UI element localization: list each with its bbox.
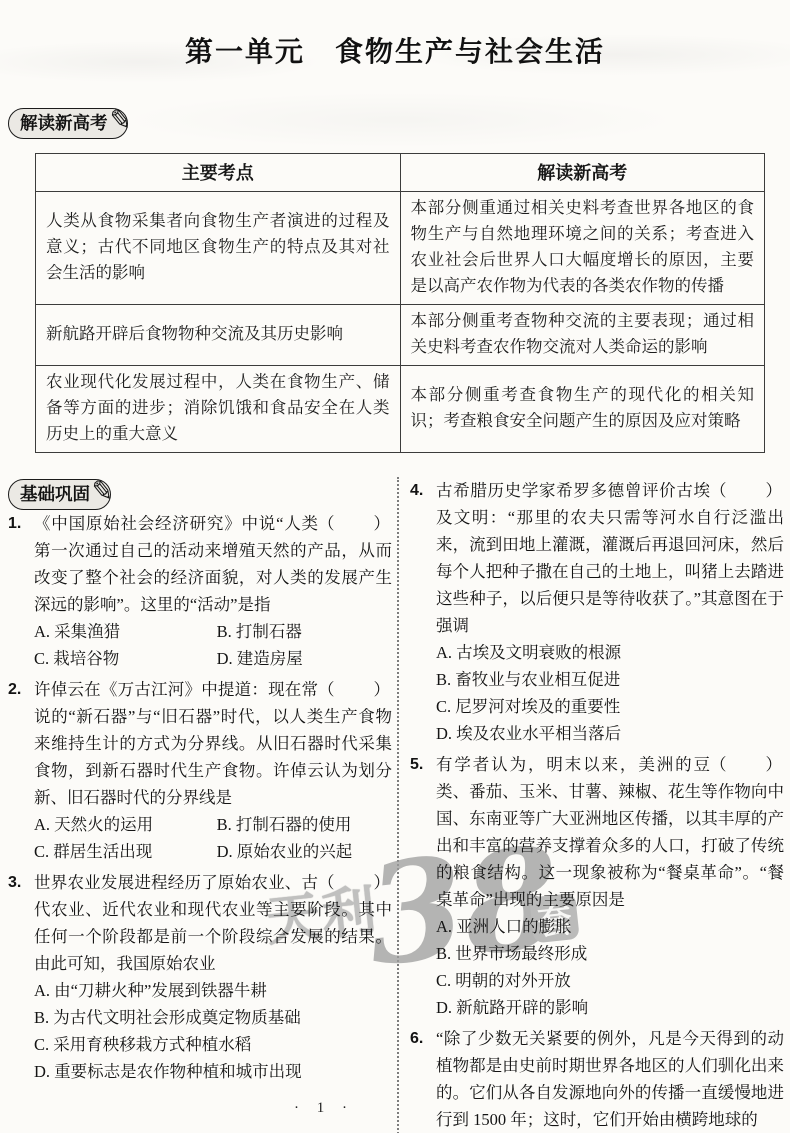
question-5-options: A. 亚洲人口的膨胀 B. 世界市场最终形成 C. 明朝的对外开放 D. 新航路… xyxy=(410,913,784,1021)
question-5-option-c: C. 明朝的对外开放 xyxy=(436,967,784,994)
questions-area: 天利 38 套 基础巩固 ✎ 1. （ ） 《中国原始社会经济研究》中说“人类第… xyxy=(8,477,784,1133)
table-cell-points-3: 农业现代化发展过程中，人类在食物生产、储备等方面的进步；消除饥饿和食品安全在人类… xyxy=(36,366,401,453)
review-section-badge: 解读新高考 ✎ xyxy=(8,108,128,139)
question-1-option-a: A. 采集渔猎 xyxy=(34,618,217,645)
question-2: 2. （ ） 许倬云在《万古江河》中提道：现在常说的“新石器”与“旧石器”时代，… xyxy=(8,676,392,865)
exam-points-table: 主要考点 解读新高考 人类从食物采集者向食物生产者演进的过程及意义；古代不同地区… xyxy=(35,153,765,453)
table-row: 新航路开辟后食物物种交流及其历史影响 本部分侧重考查物种交流的主要表现；通过相关… xyxy=(36,305,765,366)
question-6: 6. “除了少数无关紧要的例外，凡是今天得到的动植物都是由史前时期世界各地区的人… xyxy=(410,1025,784,1133)
options-row: A. 天然火的运用 B. 打制石器的使用 xyxy=(34,811,392,838)
question-4-option-b: B. 畜牧业与农业相互促进 xyxy=(436,666,784,693)
question-6-number: 6. xyxy=(410,1025,423,1052)
question-4-stem: 古希腊历史学家希罗多德曾评价古埃及文明：“那里的农夫只需等河水自行泛滥出来，流到… xyxy=(436,481,784,635)
table-row: 农业现代化发展过程中，人类在食物生产、储备等方面的进步；消除饥饿和食品安全在人类… xyxy=(36,366,765,453)
left-column: 基础巩固 ✎ 1. （ ） 《中国原始社会经济研究》中说“人类第一次通过自己的活… xyxy=(8,477,392,1133)
question-1-stem-block: 1. （ ） 《中国原始社会经济研究》中说“人类第一次通过自己的活动来增殖天然的… xyxy=(8,510,392,618)
question-5-answer-bracket: （ ） xyxy=(710,751,784,778)
question-2-option-a: A. 天然火的运用 xyxy=(34,811,217,838)
table-row: 人类从食物采集者向食物生产者演进的过程及意义；古代不同地区食物生产的特点及其对社… xyxy=(36,192,765,305)
question-5-option-a: A. 亚洲人口的膨胀 xyxy=(436,913,784,940)
question-4-stem-block: 4. （ ） 古希腊历史学家希罗多德曾评价古埃及文明：“那里的农夫只需等河水自行… xyxy=(410,477,784,639)
question-1-answer-bracket: （ ） xyxy=(318,510,392,537)
options-row: C. 栽培谷物 D. 建造房屋 xyxy=(34,645,392,672)
question-2-stem-block: 2. （ ） 许倬云在《万古江河》中提道：现在常说的“新石器”与“旧石器”时代，… xyxy=(8,676,392,811)
question-1-option-c: C. 栽培谷物 xyxy=(34,645,217,672)
options-row: A. 采集渔猎 B. 打制石器 xyxy=(34,618,392,645)
question-3-options: A. 由“刀耕火种”发展到铁器牛耕 B. 为古代文明社会形成奠定物质基础 C. … xyxy=(8,977,392,1085)
question-5-option-d: D. 新航路开辟的影响 xyxy=(436,994,784,1021)
table-header-row: 主要考点 解读新高考 xyxy=(36,154,765,192)
question-6-stem: “除了少数无关紧要的例外，凡是今天得到的动植物都是由史前时期世界各地区的人们驯化… xyxy=(436,1029,784,1129)
question-2-option-d: D. 原始农业的兴起 xyxy=(217,838,353,865)
question-5-option-b: B. 世界市场最终形成 xyxy=(436,940,784,967)
question-4-answer-bracket: （ ） xyxy=(710,477,784,504)
practice-section-badge: 基础巩固 ✎ xyxy=(8,479,111,510)
question-1-number: 1. xyxy=(8,510,21,537)
question-3: 3. （ ） 世界农业发展进程经历了原始农业、古代农业、近代农业和现代农业等主要… xyxy=(8,869,392,1085)
question-3-option-d: D. 重要标志是农作物种植和城市出现 xyxy=(34,1058,392,1085)
table-header-interpretation: 解读新高考 xyxy=(400,154,765,192)
question-5-number: 5. xyxy=(410,751,423,778)
question-1-option-d: D. 建造房屋 xyxy=(217,645,303,672)
question-3-answer-bracket: （ ） xyxy=(318,869,392,896)
table-cell-interpretation-3: 本部分侧重考查食物生产的现代化的相关知识；考查粮食安全问题产生的原因及应对策略 xyxy=(400,366,765,453)
question-3-stem-block: 3. （ ） 世界农业发展进程经历了原始农业、古代农业、近代农业和现代农业等主要… xyxy=(8,869,392,977)
question-3-number: 3. xyxy=(8,869,21,896)
question-2-option-c: C. 群居生活出现 xyxy=(34,838,217,865)
scanned-workbook-page: 第一单元 食物生产与社会生活 解读新高考 ✎ 主要考点 解读新高考 人类从食物采… xyxy=(0,0,790,1133)
pencil-icon: ✎ xyxy=(90,481,114,501)
question-2-options: A. 天然火的运用 B. 打制石器的使用 C. 群居生活出现 D. 原始农业的兴… xyxy=(8,811,392,865)
right-column: 4. （ ） 古希腊历史学家希罗多德曾评价古埃及文明：“那里的农夫只需等河水自行… xyxy=(404,477,784,1133)
column-divider xyxy=(397,477,399,1133)
table-cell-interpretation-2: 本部分侧重考查物种交流的主要表现；通过相关史料考查农作物交流对人类命运的影响 xyxy=(400,305,765,366)
page-title: 第一单元 食物生产与社会生活 xyxy=(0,0,790,70)
question-4-option-a: A. 古埃及文明衰败的根源 xyxy=(436,639,784,666)
question-5-stem-block: 5. （ ） 有学者认为，明末以来，美洲的豆类、番茄、玉米、甘薯、辣椒、花生等作… xyxy=(410,751,784,913)
question-2-number: 2. xyxy=(8,676,21,703)
question-4-option-d: D. 埃及农业水平相当落后 xyxy=(436,720,784,747)
question-5-stem: 有学者认为，明末以来，美洲的豆类、番茄、玉米、甘薯、辣椒、花生等作物向中国、东南… xyxy=(436,755,784,909)
table-cell-interpretation-1: 本部分侧重通过相关史料考查世界各地区的食物生产与自然地理环境之间的关系；考查进入… xyxy=(400,192,765,305)
question-1: 1. （ ） 《中国原始社会经济研究》中说“人类第一次通过自己的活动来增殖天然的… xyxy=(8,510,392,672)
options-row: C. 群居生活出现 D. 原始农业的兴起 xyxy=(34,838,392,865)
question-4: 4. （ ） 古希腊历史学家希罗多德曾评价古埃及文明：“那里的农夫只需等河水自行… xyxy=(410,477,784,747)
question-6-stem-block: 6. “除了少数无关紧要的例外，凡是今天得到的动植物都是由史前时期世界各地区的人… xyxy=(410,1025,784,1133)
table-cell-points-1: 人类从食物采集者向食物生产者演进的过程及意义；古代不同地区食物生产的特点及其对社… xyxy=(36,192,401,305)
question-4-options: A. 古埃及文明衰败的根源 B. 畜牧业与农业相互促进 C. 尼罗河对埃及的重要… xyxy=(410,639,784,747)
review-badge-label: 解读新高考 xyxy=(20,111,108,135)
question-3-option-c: C. 采用育秧移栽方式种植水稻 xyxy=(34,1031,392,1058)
pencil-icon: ✎ xyxy=(108,110,132,130)
question-2-option-b: B. 打制石器的使用 xyxy=(217,811,352,838)
table-header-main-points: 主要考点 xyxy=(36,154,401,192)
question-1-options: A. 采集渔猎 B. 打制石器 C. 栽培谷物 D. 建造房屋 xyxy=(8,618,392,672)
question-5: 5. （ ） 有学者认为，明末以来，美洲的豆类、番茄、玉米、甘薯、辣椒、花生等作… xyxy=(410,751,784,1021)
table-cell-points-2: 新航路开辟后食物物种交流及其历史影响 xyxy=(36,305,401,366)
question-3-option-b: B. 为古代文明社会形成奠定物质基础 xyxy=(34,1004,392,1031)
question-1-option-b: B. 打制石器 xyxy=(217,618,302,645)
practice-badge-label: 基础巩固 xyxy=(20,482,90,506)
question-3-option-a: A. 由“刀耕火种”发展到铁器牛耕 xyxy=(34,977,392,1004)
question-4-number: 4. xyxy=(410,477,423,504)
question-2-answer-bracket: （ ） xyxy=(318,676,392,703)
question-4-option-c: C. 尼罗河对埃及的重要性 xyxy=(436,693,784,720)
